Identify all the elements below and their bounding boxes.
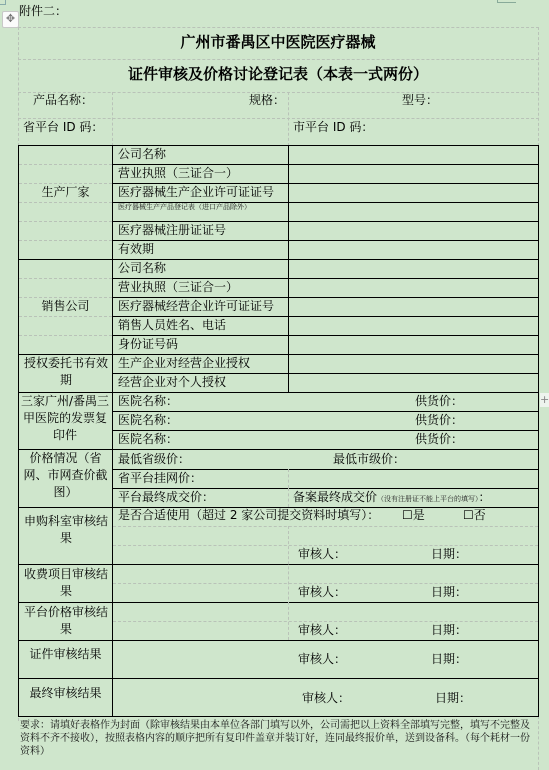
platform-price-review-label: 平台价格审核结果 (22, 604, 110, 638)
price-info-label: 价格情况（省网、市网查价截图） (21, 450, 110, 501)
platform-price-review-field[interactable] (114, 603, 536, 620)
fee-item-review-field[interactable] (114, 565, 536, 582)
gridline (18, 59, 539, 60)
date-label: 日期： (431, 651, 467, 668)
dist-business-license-field[interactable] (290, 279, 536, 296)
gridline (19, 202, 112, 203)
date-label: 日期： (431, 546, 467, 563)
spec-label: 规格： (249, 92, 285, 109)
gridline (19, 221, 112, 222)
lowest-city-price-field[interactable] (410, 451, 536, 468)
mfr-validity-label: 有效期 (118, 241, 154, 258)
supply-price-label: 供货价： (415, 431, 463, 448)
reviewer-label: 审核人： (298, 546, 346, 563)
supply-price-label: 供货价： (415, 393, 463, 410)
attachment-label: 附件二： (19, 2, 67, 19)
table-move-handle-icon[interactable]: ✥ (2, 11, 19, 28)
hospital-name-label: 医院名称： (118, 412, 178, 429)
gridline (19, 316, 112, 317)
option-yes-checkbox[interactable]: ☐是 (402, 507, 425, 524)
filed-final-price-note: （没有注册证不能上平台的填写） (377, 495, 479, 503)
form-title-line2: 证件审核及价格讨论登记表（本表一式两份） (18, 63, 538, 84)
table-border (18, 678, 538, 679)
hospital-name-field[interactable] (175, 393, 410, 410)
dist-id-number-label: 身份证号码 (118, 336, 178, 353)
hospital-name-field[interactable] (175, 412, 410, 429)
reviewer-label: 审核人： (298, 622, 346, 639)
add-column-icon[interactable]: + (540, 393, 549, 407)
authorization-label: 授权委托书有效期 (22, 355, 110, 389)
spec-field[interactable] (289, 93, 399, 117)
province-platform-id-field[interactable] (113, 119, 287, 144)
fee-item-review-label: 收费项目审核结果 (22, 566, 110, 600)
gridline (19, 240, 112, 241)
gridline (19, 278, 112, 279)
table-border (112, 145, 113, 717)
mfr-product-registration-label: 医疗器械生产产品登记表（进口产品除外） (118, 202, 251, 213)
platform-final-price-label: 平台最终成交价： (118, 489, 214, 506)
certificate-review-label: 证件审核结果 (19, 646, 112, 663)
province-listed-price-field[interactable] (290, 470, 536, 487)
dist-company-name-field[interactable] (290, 260, 536, 277)
reviewer-label: 审核人： (298, 651, 346, 668)
province-platform-id-label: 省平台 ID 码： (23, 119, 103, 136)
city-platform-id-field[interactable] (370, 119, 536, 144)
mfr-validity-field[interactable] (290, 241, 536, 258)
mfr-business-license-field[interactable] (290, 165, 536, 182)
page-corner-mark (0, 0, 6, 5)
suitability-question: 是否合适使用（超过 2 家公司提交资料时填写）： (118, 507, 379, 524)
mfr-registration-cert-label: 医疗器械注册证证号 (118, 222, 226, 239)
supply-price-field[interactable] (462, 412, 536, 429)
gridline (19, 164, 112, 165)
auth-manufacturer-label: 生产企业对经营企业授权 (118, 355, 250, 372)
colon: ： (479, 490, 491, 504)
purchase-dept-review-label: 申购科室审核结果 (22, 513, 110, 547)
mfr-registration-cert-field[interactable] (290, 222, 536, 239)
hospital-name-label: 医院名称： (118, 393, 178, 410)
form-title-line1: 广州市番禺区中医院医疗器械 (18, 31, 538, 52)
final-review-label: 最终审核结果 (19, 685, 112, 702)
mfr-production-license-field[interactable] (290, 184, 536, 201)
supply-price-field[interactable] (462, 431, 536, 448)
gridline (538, 716, 539, 770)
lowest-city-price-label: 最低市级价： (333, 451, 405, 468)
dist-operating-license-field[interactable] (290, 298, 536, 315)
gridline (288, 469, 289, 488)
dist-id-number-field[interactable] (290, 336, 536, 353)
dist-business-license-label: 营业执照（三证合一） (118, 279, 238, 296)
certificate-review-field[interactable] (114, 642, 294, 676)
filed-final-price-text: 备案最终成交价 (293, 490, 377, 504)
mfr-production-license-label: 医疗器械生产企业许可证证号 (118, 184, 274, 201)
mfr-company-name-label: 公司名称 (118, 146, 166, 163)
auth-individual-field[interactable] (290, 374, 536, 391)
table-border (18, 640, 538, 641)
requirements-note: 要求：请填好表格作为封面（除审核结果由本单位各部门填写以外，公司需把以上资料全部… (20, 719, 532, 758)
table-border (18, 145, 19, 717)
table-border (538, 145, 539, 717)
hospital-name-label: 医院名称： (118, 431, 178, 448)
supply-price-field[interactable] (462, 393, 536, 410)
option-no-checkbox[interactable]: ☐否 (463, 507, 486, 524)
supply-price-label: 供货价： (415, 412, 463, 429)
province-listed-price-label: 省平台挂网价： (118, 470, 202, 487)
date-label: 日期： (435, 690, 471, 707)
hospital-name-field[interactable] (175, 431, 410, 448)
auth-manufacturer-field[interactable] (290, 355, 536, 372)
filed-final-price-label: 备案最终成交价（没有注册证不能上平台的填写）： (293, 489, 491, 508)
mfr-business-license-label: 营业执照（三证合一） (118, 165, 238, 182)
auth-individual-label: 经营企业对个人授权 (118, 374, 226, 391)
date-label: 日期： (431, 622, 467, 639)
lowest-province-price-label: 最低省级价： (118, 451, 190, 468)
table-border (18, 716, 539, 717)
reviewer-label: 审核人： (298, 584, 346, 601)
date-label: 日期： (431, 584, 467, 601)
mfr-product-registration-field[interactable] (290, 203, 536, 220)
lowest-province-price-field[interactable] (195, 451, 325, 468)
platform-final-price-field[interactable] (210, 489, 286, 506)
product-name-field[interactable] (113, 93, 243, 117)
final-review-field[interactable] (114, 680, 294, 714)
dist-operating-license-label: 医疗器械经营企业许可证证号 (118, 298, 274, 315)
product-name-label: 产品名称： (33, 92, 93, 109)
gridline (19, 335, 112, 336)
mfr-company-name-field[interactable] (290, 146, 536, 163)
dist-salesperson-label: 销售人员姓名、电话 (118, 317, 226, 334)
city-platform-id-label: 市平台 ID 码： (293, 119, 373, 136)
hospital-invoices-label: 三家广州/番禺三甲医院的发票复印件 (20, 393, 110, 444)
gridline (288, 488, 289, 507)
dist-company-name-label: 公司名称 (118, 260, 166, 277)
page-corner-mark (497, 0, 516, 3)
distributor-label: 销售公司 (19, 298, 112, 315)
dist-salesperson-field[interactable] (290, 317, 536, 334)
model-label: 型号： (402, 92, 438, 109)
model-field[interactable] (440, 93, 536, 117)
purchase-dept-review-field[interactable] (114, 527, 536, 544)
manufacturer-label: 生产厂家 (19, 184, 112, 201)
reviewer-label: 审核人： (302, 690, 350, 707)
